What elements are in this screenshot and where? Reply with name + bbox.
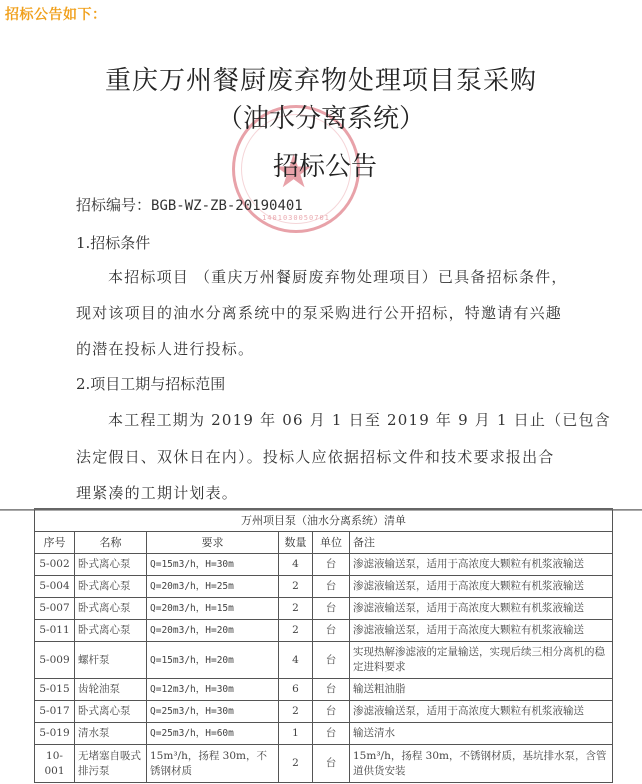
cell-unit: 台 xyxy=(313,620,350,642)
bid-number-label: 招标编号： xyxy=(76,196,151,214)
intro-heading: 招标公告如下： xyxy=(5,4,107,24)
bid-number: 招标编号：BGB-WZ-ZB-20190401 xyxy=(76,194,303,215)
seal-code: 1401030050701 xyxy=(235,214,357,222)
table-row: 10-001 无堵塞自吸式排污泵 15m³/h，扬程 30m，不锈钢材质 2 台… xyxy=(35,745,613,783)
cell-note: 15m³/h，扬程 30m，不锈钢材质，基坑排水泵，含管道供货安装 xyxy=(350,745,613,783)
cell-note: 渗滤液输送泵，适用于高浓度大颗粒有机浆液输送 xyxy=(350,554,613,576)
bid-number-value: BGB-WZ-ZB-20190401 xyxy=(151,198,303,214)
cell-quantity: 4 xyxy=(279,642,313,679)
cell-id: 5-017 xyxy=(35,701,75,723)
cell-unit: 台 xyxy=(313,576,350,598)
cell-note: 渗滤液输送泵，适用于高浓度大颗粒有机浆液输送 xyxy=(350,576,613,598)
cell-unit: 台 xyxy=(313,598,350,620)
section2-para-line: 理紧凑的工期计划表。 xyxy=(76,482,238,503)
section1-para-line: 现对该项目的油水分离系统中的泵采购进行公开招标，特邀请有兴趣 xyxy=(76,302,562,323)
cell-requirement: Q=12m3/h，H=30m xyxy=(147,679,279,701)
cell-note: 输送粗油脂 xyxy=(350,679,613,701)
cell-id: 5-011 xyxy=(35,620,75,642)
cell-note: 输送清水 xyxy=(350,723,613,745)
table-header-row: 序号 名称 要求 数量 单位 备注 xyxy=(35,532,613,554)
header-note: 备注 xyxy=(350,532,613,554)
cell-quantity: 6 xyxy=(279,679,313,701)
table-title: 万州项目泵（油水分离系统）清单 xyxy=(35,509,613,532)
cell-name: 卧式离心泵 xyxy=(75,576,147,598)
cell-requirement: Q=20m3/h，H=15m xyxy=(147,598,279,620)
cell-id: 5-009 xyxy=(35,642,75,679)
cell-note: 渗滤液输送泵，适用于高浓度大颗粒有机浆液输送 xyxy=(350,701,613,723)
table-row: 5-009 螺杆泵 Q=15m3/h，H=20m 4 台 实现热解渗滤液的定量输… xyxy=(35,642,613,679)
cell-name: 齿轮油泵 xyxy=(75,679,147,701)
cell-unit: 台 xyxy=(313,554,350,576)
cell-name: 卧式离心泵 xyxy=(75,598,147,620)
document-title-line3: 招标公告 xyxy=(0,146,642,183)
table-row: 5-015 齿轮油泵 Q=12m3/h，H=30m 6 台 输送粗油脂 xyxy=(35,679,613,701)
section2-para-line: 本工程工期为 2019 年 06 月 1 日至 2019 年 9 月 1 日止（… xyxy=(108,409,611,430)
cell-quantity: 2 xyxy=(279,598,313,620)
header-requirement: 要求 xyxy=(147,532,279,554)
cell-unit: 台 xyxy=(313,745,350,783)
cell-quantity: 2 xyxy=(279,745,313,783)
cell-id: 10-001 xyxy=(35,745,75,783)
cell-unit: 台 xyxy=(313,679,350,701)
table-row: 5-019 清水泵 Q=25m3/h，H=60m 1 台 输送清水 xyxy=(35,723,613,745)
cell-unit: 台 xyxy=(313,642,350,679)
cell-note: 实现热解渗滤液的定量输送，实现后续三相分离机的稳定进料要求 xyxy=(350,642,613,679)
pump-list-table: 万州项目泵（油水分离系统）清单 序号 名称 要求 数量 单位 备注 5-002 … xyxy=(34,508,613,783)
cell-name: 卧式离心泵 xyxy=(75,554,147,576)
section1-para-line: 的潜在投标人进行投标。 xyxy=(76,338,254,359)
document-title-line1: 重庆万州餐厨废弃物处理项目泵采购 xyxy=(0,60,642,97)
table-row: 5-007 卧式离心泵 Q=20m3/h，H=15m 2 台 渗滤液输送泵，适用… xyxy=(35,598,613,620)
cell-requirement: Q=15m3/h，H=20m xyxy=(147,642,279,679)
cell-name: 无堵塞自吸式排污泵 xyxy=(75,745,147,783)
section2-heading: 2.项目工期与招标范围 xyxy=(76,373,225,394)
section1-heading: 1.招标条件 xyxy=(76,232,150,253)
cell-quantity: 2 xyxy=(279,576,313,598)
cell-name: 卧式离心泵 xyxy=(75,620,147,642)
cell-name: 螺杆泵 xyxy=(75,642,147,679)
cell-note: 渗滤液输送泵，适用于高浓度大颗粒有机浆液输送 xyxy=(350,598,613,620)
cell-quantity: 2 xyxy=(279,701,313,723)
section1-para-line: 本招标项目 （重庆万州餐厨废弃物处理项目）已具备招标条件， xyxy=(108,266,568,287)
table-row: 5-011 卧式离心泵 Q=20m3/h，H=20m 2 台 渗滤液输送泵，适用… xyxy=(35,620,613,642)
cell-requirement: Q=20m3/h，H=25m xyxy=(147,576,279,598)
table-row: 5-004 卧式离心泵 Q=20m3/h，H=25m 2 台 渗滤液输送泵，适用… xyxy=(35,576,613,598)
section2-para-line: 法定假日、双休日在内）。投标人应依据招标文件和技术要求报出合 xyxy=(76,446,555,467)
cell-requirement: 15m³/h，扬程 30m，不锈钢材质 xyxy=(147,745,279,783)
cell-id: 5-004 xyxy=(35,576,75,598)
header-name: 名称 xyxy=(75,532,147,554)
header-id: 序号 xyxy=(35,532,75,554)
cell-requirement: Q=20m3/h，H=20m xyxy=(147,620,279,642)
cell-requirement: Q=15m3/h，H=30m xyxy=(147,554,279,576)
cell-quantity: 4 xyxy=(279,554,313,576)
cell-requirement: Q=25m3/h，H=60m xyxy=(147,723,279,745)
document-title-line2: （油水分离系统） xyxy=(0,98,642,135)
cell-id: 5-015 xyxy=(35,679,75,701)
cell-note: 渗滤液输送泵，适用于高浓度大颗粒有机浆液输送 xyxy=(350,620,613,642)
cell-name: 卧式离心泵 xyxy=(75,701,147,723)
cell-name: 清水泵 xyxy=(75,723,147,745)
cell-unit: 台 xyxy=(313,723,350,745)
cell-requirement: Q=25m3/h，H=30m xyxy=(147,701,279,723)
table-row: 5-017 卧式离心泵 Q=25m3/h，H=30m 2 台 渗滤液输送泵，适用… xyxy=(35,701,613,723)
cell-id: 5-007 xyxy=(35,598,75,620)
header-unit: 单位 xyxy=(313,532,350,554)
table-title-row: 万州项目泵（油水分离系统）清单 xyxy=(35,509,613,532)
cell-id: 5-002 xyxy=(35,554,75,576)
table-row: 5-002 卧式离心泵 Q=15m3/h，H=30m 4 台 渗滤液输送泵，适用… xyxy=(35,554,613,576)
header-quantity: 数量 xyxy=(279,532,313,554)
cell-quantity: 2 xyxy=(279,620,313,642)
cell-id: 5-019 xyxy=(35,723,75,745)
cell-unit: 台 xyxy=(313,701,350,723)
cell-quantity: 1 xyxy=(279,723,313,745)
